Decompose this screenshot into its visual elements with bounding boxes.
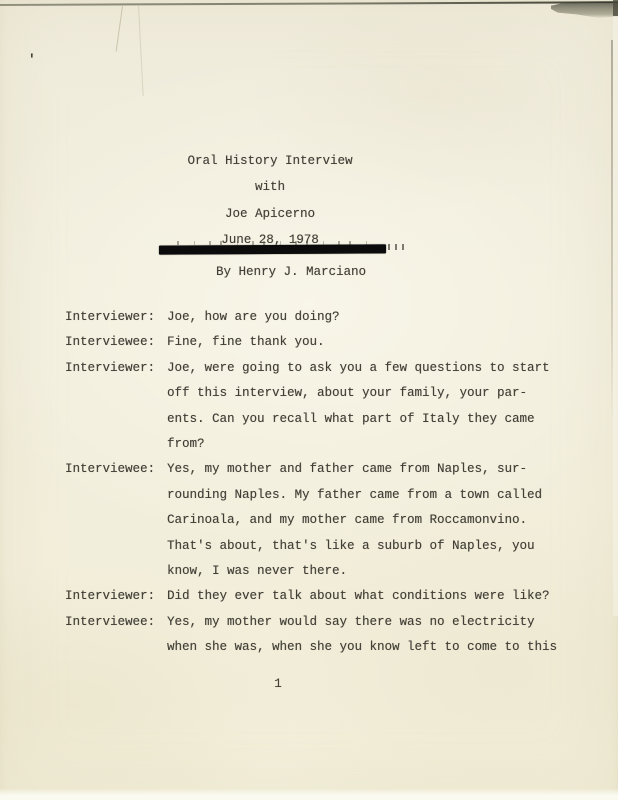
paper-crease <box>116 6 123 52</box>
dialogue-line: when she was, when she you know left to … <box>167 635 575 660</box>
document-title: Oral History Interview <box>0 148 540 174</box>
dialogue-lines: Yes, my mother would say there was no el… <box>167 610 575 661</box>
paper-crease <box>138 6 144 96</box>
title-block: Oral History Interview with Joe Apicerno… <box>0 148 540 254</box>
redacted-text-remnant <box>388 244 404 250</box>
dialogue-line: rounding Naples. My father came from a t… <box>167 483 575 508</box>
dialogue-lines: Did they ever talk about what conditions… <box>167 584 575 609</box>
speaker-label: Interviewee: <box>65 610 167 661</box>
dialogue-entry: Interviewer:Did they ever talk about wha… <box>65 584 575 609</box>
dialogue-entry: Interviewee:Yes, my mother would say the… <box>65 610 575 661</box>
scan-bottom-edge <box>0 789 618 800</box>
scan-top-right-smudge <box>551 3 618 18</box>
dialogue-transcript: Interviewer:Joe, how are you doing?Inter… <box>65 305 575 661</box>
dialogue-line: Joe, how are you doing? <box>167 305 575 330</box>
speaker-label: Interviewee: <box>65 457 167 584</box>
dialogue-line: That's about, that's like a suburb of Na… <box>167 534 575 559</box>
byline: By Henry J. Marciano <box>0 262 582 282</box>
dialogue-entry: Interviewer:Joe, how are you doing? <box>65 305 575 330</box>
scanned-document-page: ' Oral History Interview with Joe Apicer… <box>0 0 618 800</box>
page-number: 1 <box>0 674 556 694</box>
dialogue-line: Did they ever talk about what conditions… <box>167 584 575 609</box>
dialogue-line: ents. Can you recall what part of Italy … <box>167 407 575 432</box>
speaker-label: Interviewer: <box>65 305 167 330</box>
stray-ink-mark: ' <box>28 53 36 67</box>
speaker-label: Interviewer: <box>65 356 167 458</box>
dialogue-entry: Interviewee:Fine, fine thank you. <box>65 330 575 355</box>
dialogue-line: from? <box>167 432 575 457</box>
scan-right-edge-highlight <box>613 16 618 616</box>
dialogue-line: Carinoala, and my mother came from Rocca… <box>167 508 575 533</box>
dialogue-line: know, I was never there. <box>167 559 575 584</box>
dialogue-lines: Fine, fine thank you. <box>167 330 575 355</box>
dialogue-line: off this interview, about your family, y… <box>167 381 575 406</box>
scan-top-right-corner-mark <box>613 0 618 16</box>
redaction-bar <box>159 244 386 254</box>
speaker-label: Interviewer: <box>65 584 167 609</box>
dialogue-line: Yes, my mother and father came from Napl… <box>167 457 575 482</box>
dialogue-lines: Joe, were going to ask you a few questio… <box>167 356 575 458</box>
dialogue-lines: Joe, how are you doing? <box>167 305 575 330</box>
title-with: with <box>0 174 540 200</box>
scan-right-edge-line <box>611 40 613 420</box>
speaker-label: Interviewee: <box>65 330 167 355</box>
dialogue-line: Yes, my mother would say there was no el… <box>167 610 575 635</box>
interviewee-name: Joe Apicerno <box>0 201 540 227</box>
scan-top-edge-line <box>0 1 618 6</box>
dialogue-entry: Interviewee:Yes, my mother and father ca… <box>65 457 575 584</box>
dialogue-lines: Yes, my mother and father came from Napl… <box>167 457 575 584</box>
dialogue-line: Fine, fine thank you. <box>167 330 575 355</box>
dialogue-line: Joe, were going to ask you a few questio… <box>167 356 575 381</box>
dialogue-entry: Interviewer:Joe, were going to ask you a… <box>65 356 575 458</box>
